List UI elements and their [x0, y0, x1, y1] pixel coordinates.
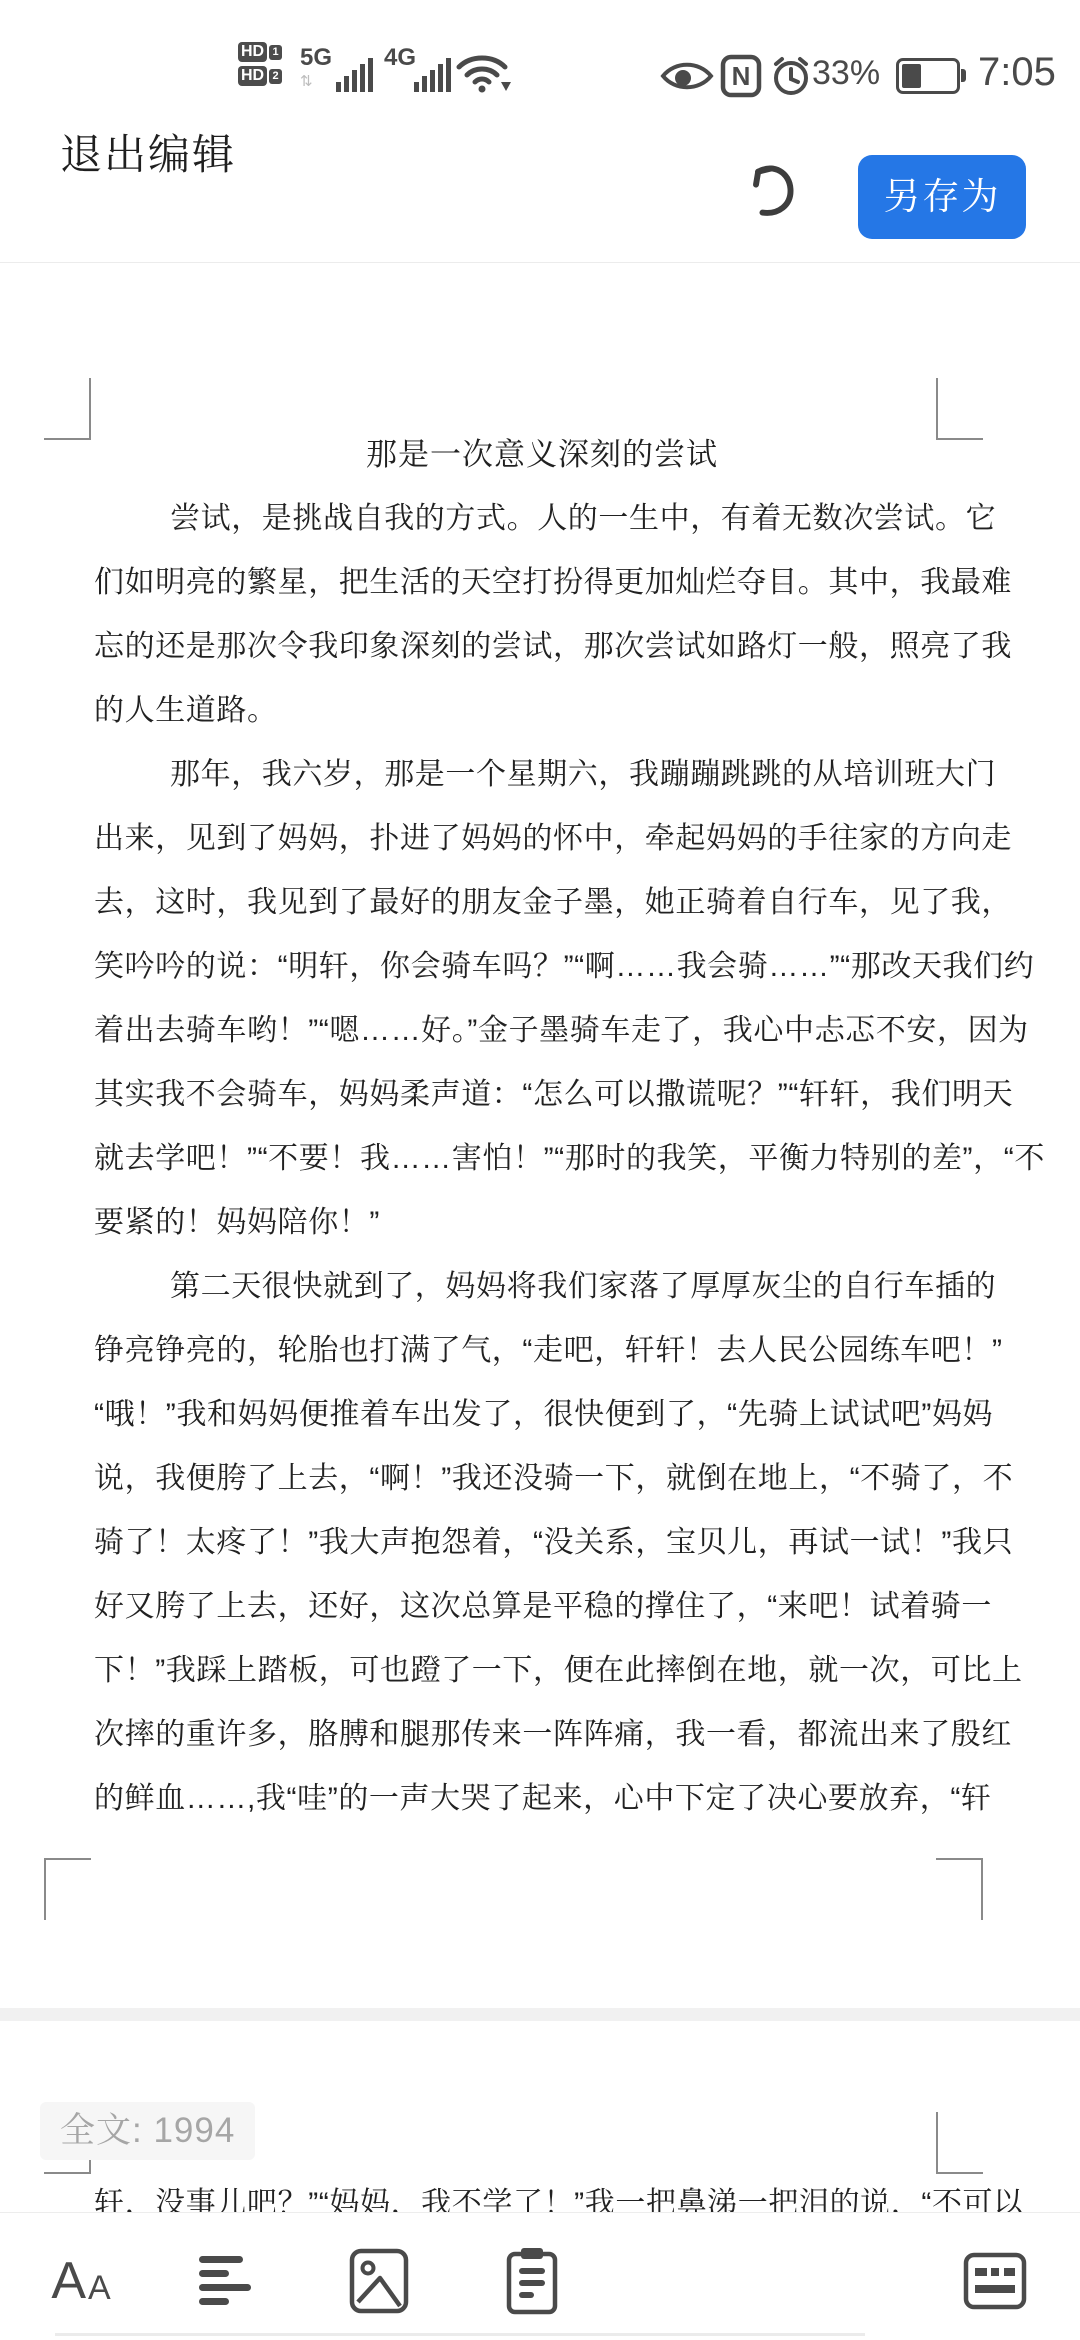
- font-format-button[interactable]: A A: [37, 2237, 125, 2325]
- alarm-clock-icon: [770, 54, 812, 98]
- doc-line[interactable]: 出来，见到了妈妈，扑进了妈妈的怀中，牵起妈妈的手往家的方向走: [94, 807, 990, 871]
- crop-mark-bottom-left: [44, 1858, 91, 1920]
- doc-line[interactable]: 骑了！太疼了！”我大声抱怨着，“没关系，宝贝儿，再试一试！”我只: [94, 1511, 990, 1575]
- exit-edit-button[interactable]: 退出编辑: [60, 122, 236, 182]
- paragraph-lines-icon: [199, 2256, 255, 2306]
- hd-voice-indicators: HD 1 HD 2: [238, 42, 282, 90]
- doc-line[interactable]: 其实我不会骑车，妈妈柔声道：“怎么可以撒谎呢？”“轩轩，我们明天: [94, 1063, 990, 1127]
- signal-bars-sim1-icon: [336, 52, 374, 92]
- doc-line[interactable]: 那年，我六岁，那是一个星期六，我蹦蹦跳跳的从培训班大门: [94, 743, 990, 807]
- keyboard-toggle-button[interactable]: [951, 2237, 1039, 2325]
- doc-line[interactable]: 着出去骑车哟！”“嗯……好。”金子墨骑车走了，我心中忐忑不安，因为: [94, 999, 990, 1063]
- hd1-sim-number: 1: [269, 45, 282, 60]
- word-count-badge: 全文: 1994: [40, 2102, 255, 2160]
- doc-line[interactable]: 的鲜血……,我“哇”的一声大哭了起来，心中下定了决心要放弃，“轩: [94, 1767, 990, 1831]
- nfc-icon: N: [720, 54, 762, 98]
- page2-crop-mark-top-right: [936, 2112, 983, 2174]
- document-page-1[interactable]: 那是一次意义深刻的尝试 尝试，是挑战自我的方式。人的一生中，有着无数次尝试。它们…: [0, 263, 1080, 2008]
- doc-line[interactable]: 笑吟吟的说：“明轩，你会骑车吗？”“啊……我会骑……”“那改天我们约: [94, 935, 990, 999]
- battery-fill: [902, 64, 921, 88]
- doc-line[interactable]: 第二天很快就到了，妈妈将我们家落了厚厚灰尘的自行车插的: [94, 1255, 990, 1319]
- signal-bars-sim2-icon: [414, 52, 452, 92]
- save-as-button[interactable]: 另存为: [858, 155, 1026, 239]
- status-bar: HD 1 HD 2 5G ⇅ 4G: [0, 0, 1080, 100]
- battery-cap: [961, 69, 966, 82]
- insert-image-button[interactable]: [335, 2237, 423, 2325]
- clipboard-icon: [505, 2246, 559, 2316]
- doc-line[interactable]: 次摔的重许多，胳膊和腿那传来一阵阵痛，我一看，都流出来了殷红: [94, 1703, 990, 1767]
- bottom-toolbar: A A: [0, 2212, 1080, 2340]
- doc-line[interactable]: 铮亮铮亮的，轮胎也打满了气，“走吧，轩轩！去人民公园练车吧！”: [94, 1319, 990, 1383]
- doc-line[interactable]: 就去学吧！”“不要！我……害怕！”“那时的我笑，平衡力特别的差”，“不: [94, 1127, 990, 1191]
- doc-line[interactable]: 尝试，是挑战自我的方式。人的一生中，有着无数次尝试。它: [94, 487, 990, 551]
- edit-toolbar: 退出编辑 另存为: [0, 100, 1080, 263]
- screen: HD 1 HD 2 5G ⇅ 4G: [0, 0, 1080, 2340]
- paragraph-format-button[interactable]: [183, 2237, 271, 2325]
- doc-line[interactable]: 的人生道路。: [94, 679, 990, 743]
- doc-line[interactable]: 说，我便胯了上去，“啊！”我还没骑一下，就倒在地上，“不骑了，不: [94, 1447, 990, 1511]
- network-type-sim1: 5G: [300, 44, 332, 72]
- doc-line[interactable]: 要紧的！妈妈陪你！”: [94, 1191, 990, 1255]
- image-icon: [349, 2248, 409, 2314]
- hd1-chip: HD: [238, 42, 267, 62]
- doc-line[interactable]: 下！”我踩上踏板，可也蹬了一下，便在此摔倒在地，就一次，可比上: [94, 1639, 990, 1703]
- undo-icon[interactable]: [742, 160, 798, 220]
- clipboard-button[interactable]: [488, 2237, 576, 2325]
- hd2-chip: HD: [238, 66, 267, 86]
- doc-line[interactable]: 忘的还是那次令我印象深刻的尝试，那次尝试如路灯一般，照亮了我: [94, 615, 990, 679]
- hd2-icon: HD 2: [238, 66, 282, 86]
- status-time: 7:05: [978, 50, 1056, 95]
- doc-text: 那是一次意义深刻的尝试 尝试，是挑战自我的方式。人的一生中，有着无数次尝试。它们…: [94, 423, 990, 1831]
- network-type-sim2: 4G: [384, 44, 416, 72]
- doc-line[interactable]: “哦！”我和妈妈便推着车出发了，很快便到了，“先骑上试试吧”妈妈: [94, 1383, 990, 1447]
- crop-mark-bottom-right: [936, 1858, 983, 1920]
- font-format-icon: A A: [51, 2255, 110, 2307]
- svg-text:N: N: [732, 61, 751, 91]
- eye-comfort-icon: [660, 58, 714, 94]
- battery-icon: [896, 58, 960, 94]
- doc-title[interactable]: 那是一次意义深刻的尝试: [94, 423, 990, 487]
- crop-mark-top-left: [44, 378, 91, 440]
- page-separator: [0, 2008, 1080, 2021]
- battery-percent: 33%: [812, 54, 880, 93]
- bottom-edge-divider: [55, 2333, 865, 2336]
- keyboard-icon: [963, 2252, 1027, 2310]
- wifi-icon: [456, 52, 512, 94]
- doc-line[interactable]: 去，这时，我见到了最好的朋友金子墨，她正骑着自行车，见了我，: [94, 871, 990, 935]
- data-arrows-sim1: ⇅: [300, 72, 311, 90]
- doc-line[interactable]: 好又胯了上去，还好，这次总算是平稳的撑住了，“来吧！试着骑一: [94, 1575, 990, 1639]
- hd1-icon: HD 1: [238, 42, 282, 62]
- hd2-sim-number: 2: [269, 69, 282, 84]
- doc-line[interactable]: 们如明亮的繁星，把生活的天空打扮得更加灿烂夺目。其中，我最难: [94, 551, 990, 615]
